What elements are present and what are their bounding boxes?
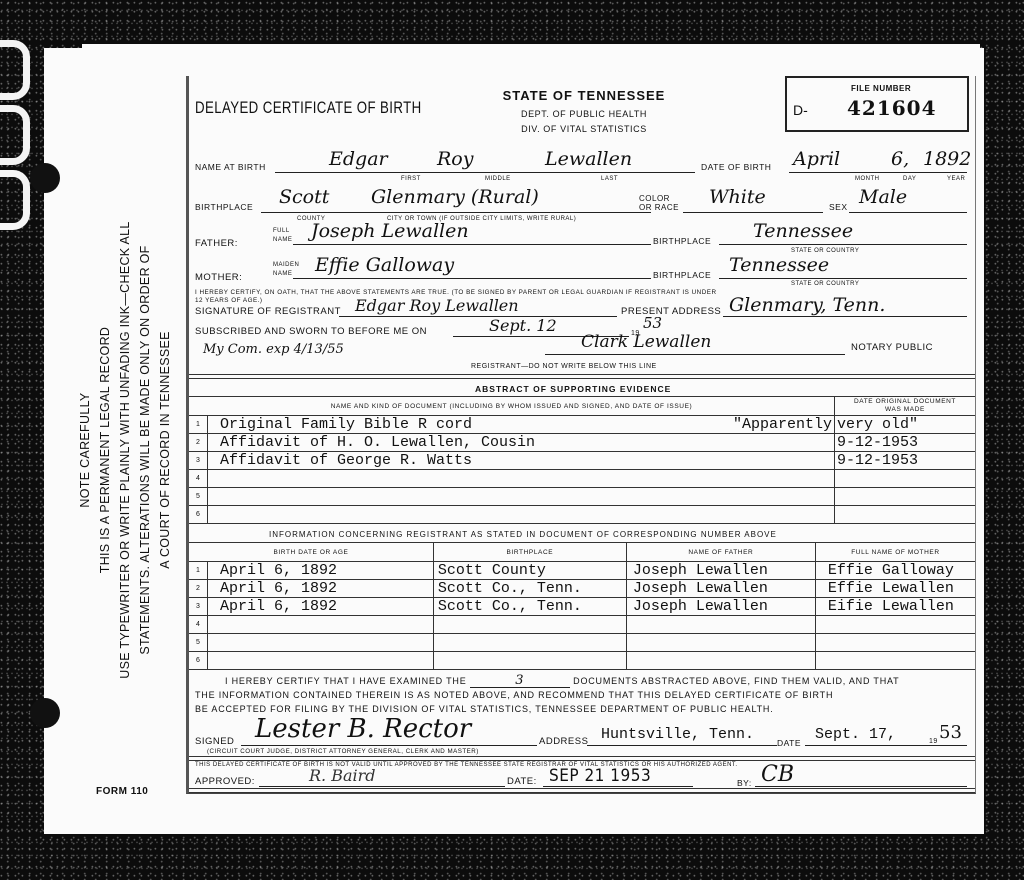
dob-month: April — [793, 148, 840, 170]
mother-label: MOTHER: — [195, 272, 242, 283]
father-name: Joseph Lewallen — [627, 599, 815, 615]
father-name: Joseph Lewallen — [627, 581, 815, 597]
certification-year: 53 — [939, 722, 962, 743]
oath-text: 12 YEARS OF AGE.) — [195, 297, 263, 304]
margin-note-line: A COURT OF RECORD IN TENNESSEE — [155, 170, 175, 730]
middle-caption: MIDDLE — [485, 176, 511, 182]
approval-date-line — [543, 786, 693, 787]
col-document: NAME AND KIND OF DOCUMENT (INCLUDING BY … — [189, 397, 835, 416]
table-row: 2April 6, 1892Scott Co., Tenn.Joseph Lew… — [189, 580, 975, 598]
year-caption: YEAR — [947, 176, 965, 182]
divider — [189, 374, 975, 379]
row-number: 4 — [189, 470, 208, 488]
state-country-caption: STATE OR COUNTRY — [791, 281, 859, 287]
signature-label: SIGNATURE OF REGISTRANT — [195, 306, 341, 317]
sex-label: SEX — [829, 202, 848, 212]
mother-name: Effie Lewallen — [816, 581, 975, 597]
punch-hole — [30, 698, 60, 728]
address-label: ADDRESS — [539, 736, 588, 747]
table-row: 4 — [189, 470, 975, 488]
signed-line — [241, 745, 537, 746]
document-note: "Apparently — [733, 417, 832, 433]
mother-birthplace: Tennessee — [729, 254, 829, 276]
table-row: 4 — [189, 616, 975, 634]
document-name: Affidavit of George R. Watts — [208, 453, 834, 469]
dob-year: 1892 — [923, 148, 971, 170]
col-father: NAME OF FATHER — [626, 543, 815, 562]
info-title: INFORMATION CONCERNING REGISTRANT AS STA… — [269, 530, 777, 539]
last-name: Lewallen — [545, 148, 632, 170]
col-mother: FULL NAME OF MOTHER — [815, 543, 975, 562]
by-label: BY: — [737, 778, 752, 788]
certification-line1: I HEREBY CERTIFY THAT I HAVE EXAMINED TH… — [225, 674, 899, 689]
certify-text: DOCUMENTS ABSTRACTED ABOVE, FIND THEM VA… — [573, 676, 899, 686]
birth-date: April 6, 1892 — [208, 599, 433, 615]
issuing-authority: STATE OF TENNESSEE DEPT. OF PUBLIC HEALT… — [479, 88, 689, 134]
certification-line2: THE INFORMATION CONTAINED THEREIN IS AS … — [195, 688, 833, 703]
notary-label: NOTARY PUBLIC — [851, 342, 933, 353]
judge-signature: Lester B. Rector — [255, 714, 471, 744]
row-number: 2 — [189, 434, 208, 452]
name-caption: NAME — [273, 271, 292, 277]
signer-title: (CIRCUIT COURT JUDGE, DISTRICT ATTORNEY … — [207, 748, 479, 755]
name-caption: NAME — [273, 237, 292, 243]
present-address: Glenmary, Tenn. — [729, 294, 885, 316]
mother-name: Effie Galloway — [315, 254, 454, 276]
table-row: 3Affidavit of George R. Watts9-12-1953 — [189, 452, 975, 470]
father-line — [293, 244, 651, 245]
sex-value: Male — [859, 186, 907, 208]
do-not-write-label: REGISTRANT—DO NOT WRITE BELOW THIS LINE — [471, 363, 657, 370]
table-row: 1Original Family Bible R cord"Apparently… — [189, 416, 975, 434]
document-title: DELAYED CERTIFICATE OF BIRTH — [195, 98, 422, 118]
birthplace-line — [261, 212, 651, 213]
birth-date: April 6, 1892 — [208, 581, 433, 597]
dob-day: 6, — [891, 148, 909, 170]
col-date-line2: WAS MADE — [885, 406, 925, 413]
address-line — [723, 316, 967, 317]
birthplace-label: BIRTHPLACE — [195, 202, 253, 212]
mother-line — [293, 278, 651, 279]
approved-line — [259, 786, 505, 787]
birthplace: Scott County — [434, 563, 626, 579]
certifier-address: Huntsville, Tenn. — [601, 726, 754, 743]
maiden-caption: MAIDEN — [273, 262, 299, 268]
birthplace: Scott Co., Tenn. — [434, 599, 626, 615]
row-number: 6 — [189, 652, 208, 670]
signature-line — [339, 316, 617, 317]
day-caption: DAY — [903, 176, 916, 182]
row-number: 2 — [189, 580, 208, 598]
mother-birthplace-label: BIRTHPLACE — [653, 270, 711, 280]
margin-note-line: THIS IS A PERMANENT LEGAL RECORD — [95, 170, 115, 730]
margin-note-line: STATEMENTS. ALTERATIONS WILL BE MADE ONL… — [135, 170, 155, 730]
dob-line — [789, 172, 967, 173]
birth-city: Glenmary (Rural) — [371, 186, 539, 208]
file-prefix: D- — [793, 102, 808, 118]
registrant-signature: Edgar Roy Lewallen — [355, 296, 519, 315]
division: DIV. OF VITAL STATISTICS — [479, 124, 689, 134]
birth-date: April 6, 1892 — [208, 563, 433, 579]
dob-label: DATE OF BIRTH — [701, 162, 771, 172]
abstract-title: ABSTRACT OF SUPPORTING EVIDENCE — [475, 384, 671, 394]
last-caption: LAST — [601, 176, 618, 182]
full-caption: FULL — [273, 228, 290, 234]
certify-text: I HEREBY CERTIFY THAT I HAVE EXAMINED TH… — [225, 676, 467, 686]
birthplace: Scott Co., Tenn. — [434, 581, 626, 597]
margin-note: NOTE CAREFULLY THIS IS A PERMANENT LEGAL… — [60, 170, 190, 730]
certification-date: Sept. 17, — [815, 726, 896, 743]
row-number: 6 — [189, 506, 208, 524]
father-birthplace-label: BIRTHPLACE — [653, 236, 711, 246]
table-row: 3April 6, 1892Scott Co., Tenn.Joseph Lew… — [189, 598, 975, 616]
father-label: FATHER: — [195, 238, 238, 249]
approver-signature: R. Baird — [309, 766, 376, 785]
abstract-table: NAME AND KIND OF DOCUMENT (INCLUDING BY … — [189, 396, 975, 524]
father-birthplace: Tennessee — [753, 220, 853, 242]
race-value: White — [709, 186, 766, 208]
date-label: DATE — [777, 738, 801, 748]
document-date: very old" — [835, 417, 975, 433]
table-row: 5 — [189, 488, 975, 506]
name-line — [275, 172, 695, 173]
document-date: 9-12-1953 — [835, 453, 975, 469]
father-name: Joseph Lewallen — [311, 220, 469, 242]
col-date: DATE ORIGINAL DOCUMENTWAS MADE — [835, 397, 976, 416]
state-name: STATE OF TENNESSEE — [479, 88, 689, 103]
document-date: 9-12-1953 — [835, 435, 975, 451]
year-prefix: 19 — [929, 738, 938, 745]
table-row: 2Affidavit of H. O. Lewallen, Cousin9-12… — [189, 434, 975, 452]
approved-label: APPROVED: — [195, 776, 255, 787]
row-number: 5 — [189, 634, 208, 652]
approval-notice: THIS DELAYED CERTIFICATE OF BIRTH IS NOT… — [195, 762, 738, 768]
margin-note-line: USE TYPEWRITER OR WRITE PLAINLY WITH UNF… — [115, 170, 135, 730]
info-table: BIRTH DATE OR AGE BIRTHPLACE NAME OF FAT… — [189, 542, 975, 670]
form-number: FORM 110 — [96, 786, 148, 797]
row-number: 5 — [189, 488, 208, 506]
table-row: 5 — [189, 634, 975, 652]
father-birthplace-line — [719, 244, 967, 245]
table-row: 6 — [189, 652, 975, 670]
color-label: COLOR — [639, 194, 670, 203]
col-birthplace: BIRTHPLACE — [433, 543, 626, 562]
row-number: 1 — [189, 562, 208, 580]
row-number: 4 — [189, 616, 208, 634]
signed-label: SIGNED — [195, 736, 234, 747]
first-caption: FIRST — [401, 176, 421, 182]
document-count: 3 — [470, 675, 570, 688]
date-line — [805, 745, 967, 746]
mother-name: Effie Galloway — [816, 563, 975, 579]
table-row: 1April 6, 1892Scott CountyJoseph Lewalle… — [189, 562, 975, 580]
document-name: Affidavit of H. O. Lewallen, Cousin — [208, 435, 834, 451]
notary-signature: Clark Lewallen — [581, 332, 711, 352]
department: DEPT. OF PUBLIC HEALTH — [479, 109, 689, 119]
certificate: DELAYED CERTIFICATE OF BIRTH STATE OF TE… — [186, 76, 976, 794]
row-number: 3 — [189, 452, 208, 470]
race-label: OR RACE — [639, 203, 679, 212]
month-caption: MONTH — [855, 176, 880, 182]
col-birth-date: BIRTH DATE OR AGE — [189, 543, 433, 562]
table-row: 6 — [189, 506, 975, 524]
notary-line — [545, 354, 845, 355]
mother-birthplace-line — [719, 278, 967, 279]
father-name: Joseph Lewallen — [627, 563, 815, 579]
margin-note-heading: NOTE CAREFULLY — [75, 170, 95, 730]
divider — [189, 756, 975, 761]
present-address-label: PRESENT ADDRESS — [621, 306, 721, 317]
sworn-year: 53 — [643, 314, 662, 332]
col-date-line1: DATE ORIGINAL DOCUMENT — [854, 398, 956, 405]
name-at-birth-label: NAME AT BIRTH — [195, 162, 266, 172]
file-number: 421604 — [847, 96, 937, 120]
sworn-date: Sept. 12 — [489, 316, 557, 335]
sex-line — [849, 212, 967, 213]
subscribed-label: SUBSCRIBED AND SWORN TO BEFORE ME ON — [195, 326, 427, 337]
binder-hole — [0, 40, 30, 100]
file-number-box: FILE NUMBER D- 421604 — [785, 76, 969, 132]
agent-initials: CB — [761, 762, 794, 787]
mother-name: Eifie Lewallen — [816, 599, 975, 615]
approval-date-stamp: SEP 21 1953 — [549, 766, 651, 786]
punch-hole — [30, 163, 60, 193]
divider — [189, 788, 975, 793]
approval-date-label: DATE: — [507, 776, 537, 787]
race-line — [683, 212, 823, 213]
row-number: 3 — [189, 598, 208, 616]
middle-name: Roy — [437, 148, 473, 170]
file-number-label: FILE NUMBER — [851, 84, 911, 93]
row-number: 1 — [189, 416, 208, 434]
address-line — [587, 745, 777, 746]
birth-county: Scott — [279, 186, 329, 208]
oath-text: I HEREBY CERTIFY, ON OATH, THAT THE ABOV… — [195, 289, 717, 296]
binder-hole — [0, 105, 30, 165]
commission-note: My Com. exp 4/13/55 — [203, 342, 344, 357]
binder-hole — [0, 170, 30, 230]
first-name: Edgar — [329, 148, 388, 170]
document-name: Original Family Bible R cord — [220, 417, 472, 433]
